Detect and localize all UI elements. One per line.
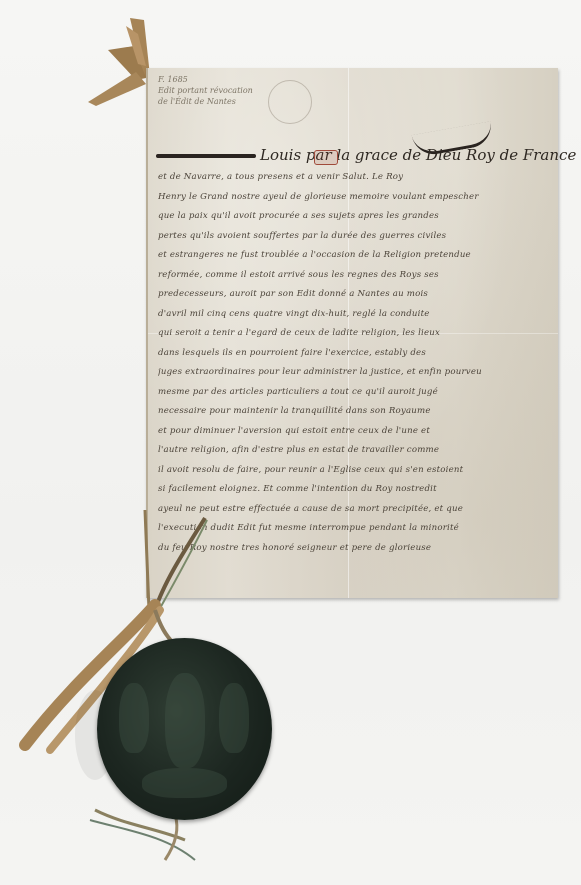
archival-note-line1: F. 1685 xyxy=(158,74,288,85)
text-line: juges extraordinaires pour leur administ… xyxy=(158,363,550,383)
text-line: reformée, comme il estoit arrivé sous le… xyxy=(158,266,550,286)
text-line: il avoit resolu de faire, pour reunir a … xyxy=(158,461,550,481)
seal-relief-figure-center xyxy=(165,673,205,768)
text-line: et de Navarre, a tous presens et a venir… xyxy=(158,168,550,188)
seal-relief-figure-right xyxy=(219,683,249,753)
text-line: necessaire pour maintenir la tranquillit… xyxy=(158,402,550,422)
text-line: d'avril mil cinq cens quatre vingt dix-h… xyxy=(158,305,550,325)
wax-seal xyxy=(97,638,272,820)
text-line: que la paix qu'il avoit procurée a ses s… xyxy=(158,207,550,227)
document-heading: Louis par la grace de Dieu Roy de France xyxy=(156,146,551,164)
text-line: qui seroit a tenir a l'egard de ceux de … xyxy=(158,324,550,344)
text-line: et estrangeres ne fust troublée a l'occa… xyxy=(158,246,550,266)
text-line: et pour diminuer l'aversion qui estoit e… xyxy=(158,422,550,442)
heading-text: Louis par la grace de Dieu Roy de France xyxy=(260,146,576,164)
embossed-circle-stamp xyxy=(268,80,312,124)
heading-swash xyxy=(156,154,256,158)
seal-relief-base xyxy=(142,768,227,798)
text-line: mesme par des articles particuliers a to… xyxy=(158,383,550,403)
text-line: pertes qu'ils avoient souffertes par la … xyxy=(158,227,550,247)
document-body: et de Navarre, a tous presens et a venir… xyxy=(158,168,550,558)
red-archive-stamp xyxy=(314,150,338,165)
photo-background: F. 1685 Edit portant révocation de l'Édi… xyxy=(0,0,581,885)
text-line: si facilement eloignez. Et comme l'inten… xyxy=(158,480,550,500)
text-line: dans lesquels ils en pourroient faire l'… xyxy=(158,344,550,364)
text-line: predecesseurs, auroit par son Edit donné… xyxy=(158,285,550,305)
text-line: l'autre religion, afin d'estre plus en e… xyxy=(158,441,550,461)
text-line: Henry le Grand nostre ayeul de glorieuse… xyxy=(158,188,550,208)
seal-relief-figure-left xyxy=(119,683,149,753)
